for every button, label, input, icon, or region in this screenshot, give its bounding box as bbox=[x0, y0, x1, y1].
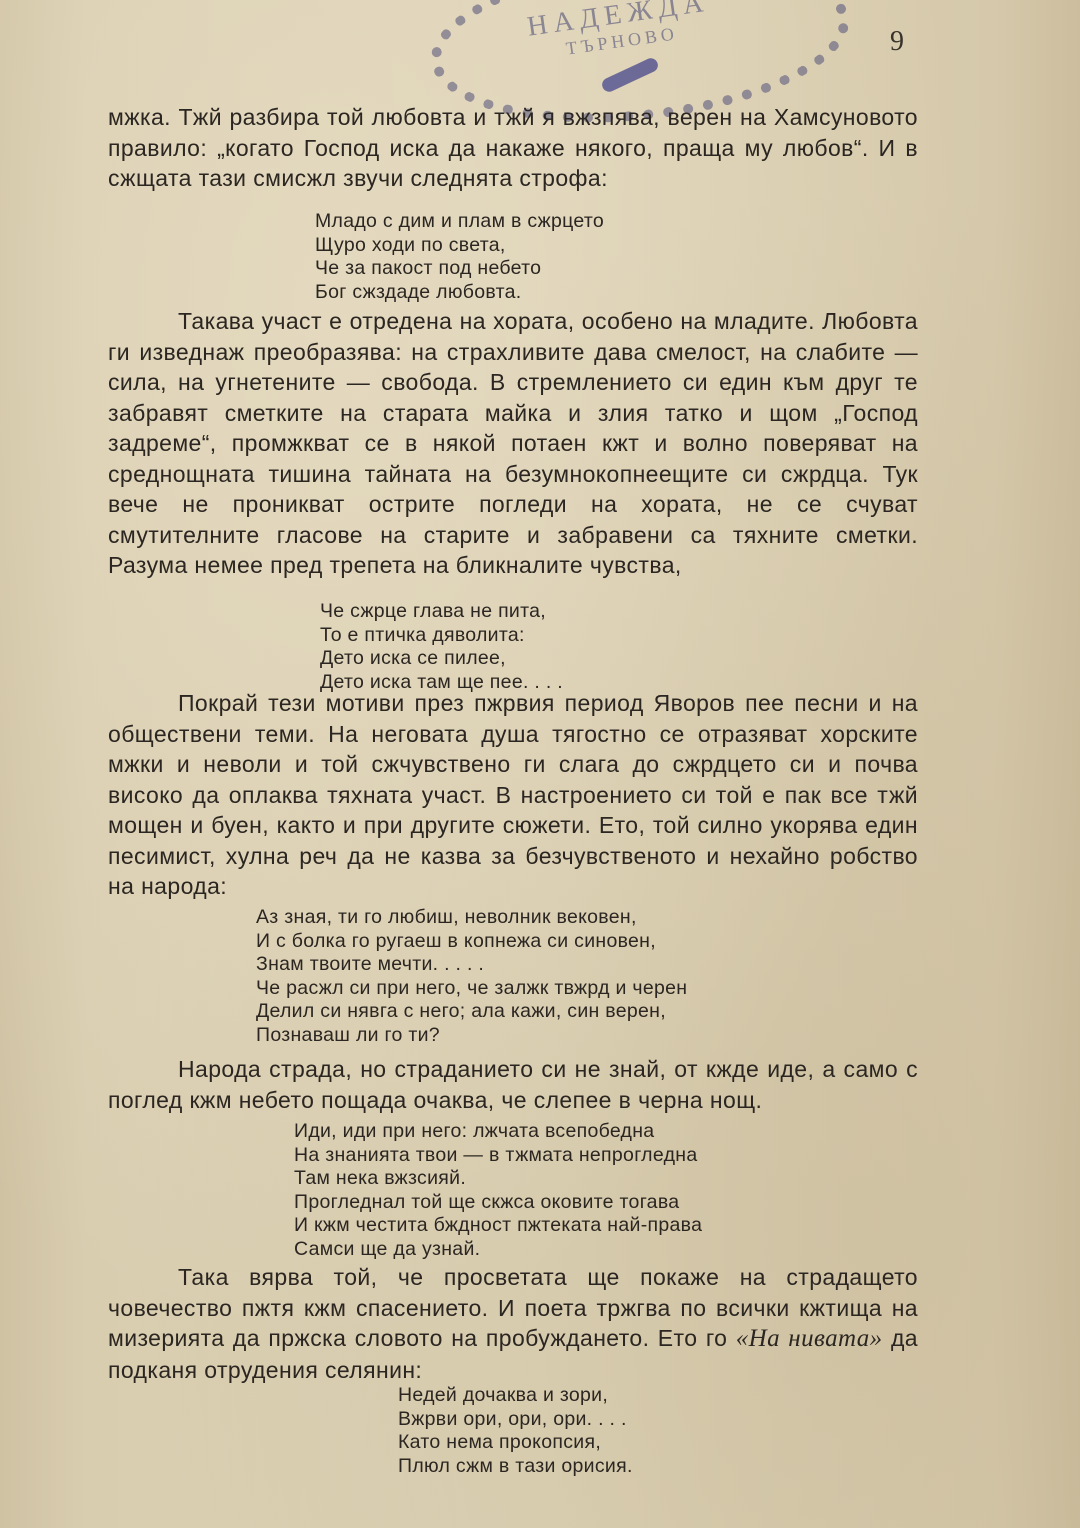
verse-4: Иди, иди при него: лжчата всепобедна На … bbox=[294, 1120, 702, 1261]
verse-line: Че сжрце глава не пита, bbox=[320, 600, 563, 624]
verse-line: То е птичка дяволита: bbox=[320, 624, 563, 648]
paragraph-5: Така вярва той, че просветата ще покаже … bbox=[108, 1262, 918, 1385]
paragraph-2: Такава участ е отредена на хората, особе… bbox=[108, 306, 918, 581]
paragraph-3: Покрай тези мотиви през пжрвия период Яв… bbox=[108, 688, 918, 902]
scanned-page: НАДЕЖДА ТЪРНОВО 9 мжка. Тжй разбира той … bbox=[0, 0, 1080, 1528]
verse-line: Дето иска се пилее, bbox=[320, 647, 563, 671]
verse-line: Иди, иди при него: лжчата всепобедна bbox=[294, 1120, 702, 1144]
verse-line: Познаваш ли го ти? bbox=[256, 1024, 687, 1048]
verse-3: Аз зная, ти го любиш, неволник вековен, … bbox=[256, 906, 687, 1047]
verse-line: Недей дочаква и зори, bbox=[398, 1384, 633, 1408]
verse-line: Вжрви ори, ори, ори. . . . bbox=[398, 1408, 633, 1432]
paragraph-text: Покрай тези мотиви през пжрвия период Яв… bbox=[108, 688, 918, 902]
poem-title: «На нивата» bbox=[736, 1325, 883, 1352]
verse-line: Като нема прокопсия, bbox=[398, 1431, 633, 1455]
verse-5: Недей дочаква и зори, Вжрви ори, ори, ор… bbox=[398, 1384, 633, 1478]
verse-line: Плюл сжм в тази орисия. bbox=[398, 1455, 633, 1479]
verse-line: На знанията твои — в тжмата непрогледна bbox=[294, 1144, 702, 1168]
verse-line: Бог сжздаде любовта. bbox=[315, 281, 604, 305]
paragraph-4: Народа страда, но страданието си не знай… bbox=[108, 1054, 918, 1115]
verse-line: Самси ще да узнай. bbox=[294, 1238, 702, 1262]
verse-line: Че за пакост под небето bbox=[315, 257, 604, 281]
page-number: 9 bbox=[890, 26, 904, 58]
verse-line: Там нека вжзсияй. bbox=[294, 1167, 702, 1191]
paragraph-text: Така вярва той, че просветата ще покаже … bbox=[108, 1262, 918, 1385]
paragraph-text: Такава участ е отредена на хората, особе… bbox=[108, 306, 918, 581]
verse-line: И кжм честита бждност пжтеката най-права bbox=[294, 1214, 702, 1238]
verse-line: Делил си нявга с него; ала кажи, син вер… bbox=[256, 1000, 687, 1024]
verse-line: Щуро ходи по света, bbox=[315, 234, 604, 258]
verse-2: Че сжрце глава не пита, То е птичка дяво… bbox=[320, 600, 563, 694]
verse-1: Младо с дим и плам в сжрцето Щуро ходи п… bbox=[315, 210, 604, 304]
verse-line: И с болка го ругаеш в копнежа си синовен… bbox=[256, 930, 687, 954]
verse-line: Аз зная, ти го любиш, неволник вековен, bbox=[256, 906, 687, 930]
verse-line: Знам твоите мечти. . . . . bbox=[256, 953, 687, 977]
verse-line: Прогледнал той ще скжса оковите тогава bbox=[294, 1191, 702, 1215]
paragraph-1: мжка. Тжй разбира той любовта и тжй я вж… bbox=[108, 102, 918, 194]
paragraph-text: Народа страда, но страданието си не знай… bbox=[108, 1054, 918, 1115]
paragraph-text: мжка. Тжй разбира той любовта и тжй я вж… bbox=[108, 102, 918, 194]
verse-line: Че расжл си при него, че залжк твжрд и ч… bbox=[256, 977, 687, 1001]
verse-line: Младо с дим и плам в сжрцето bbox=[315, 210, 604, 234]
